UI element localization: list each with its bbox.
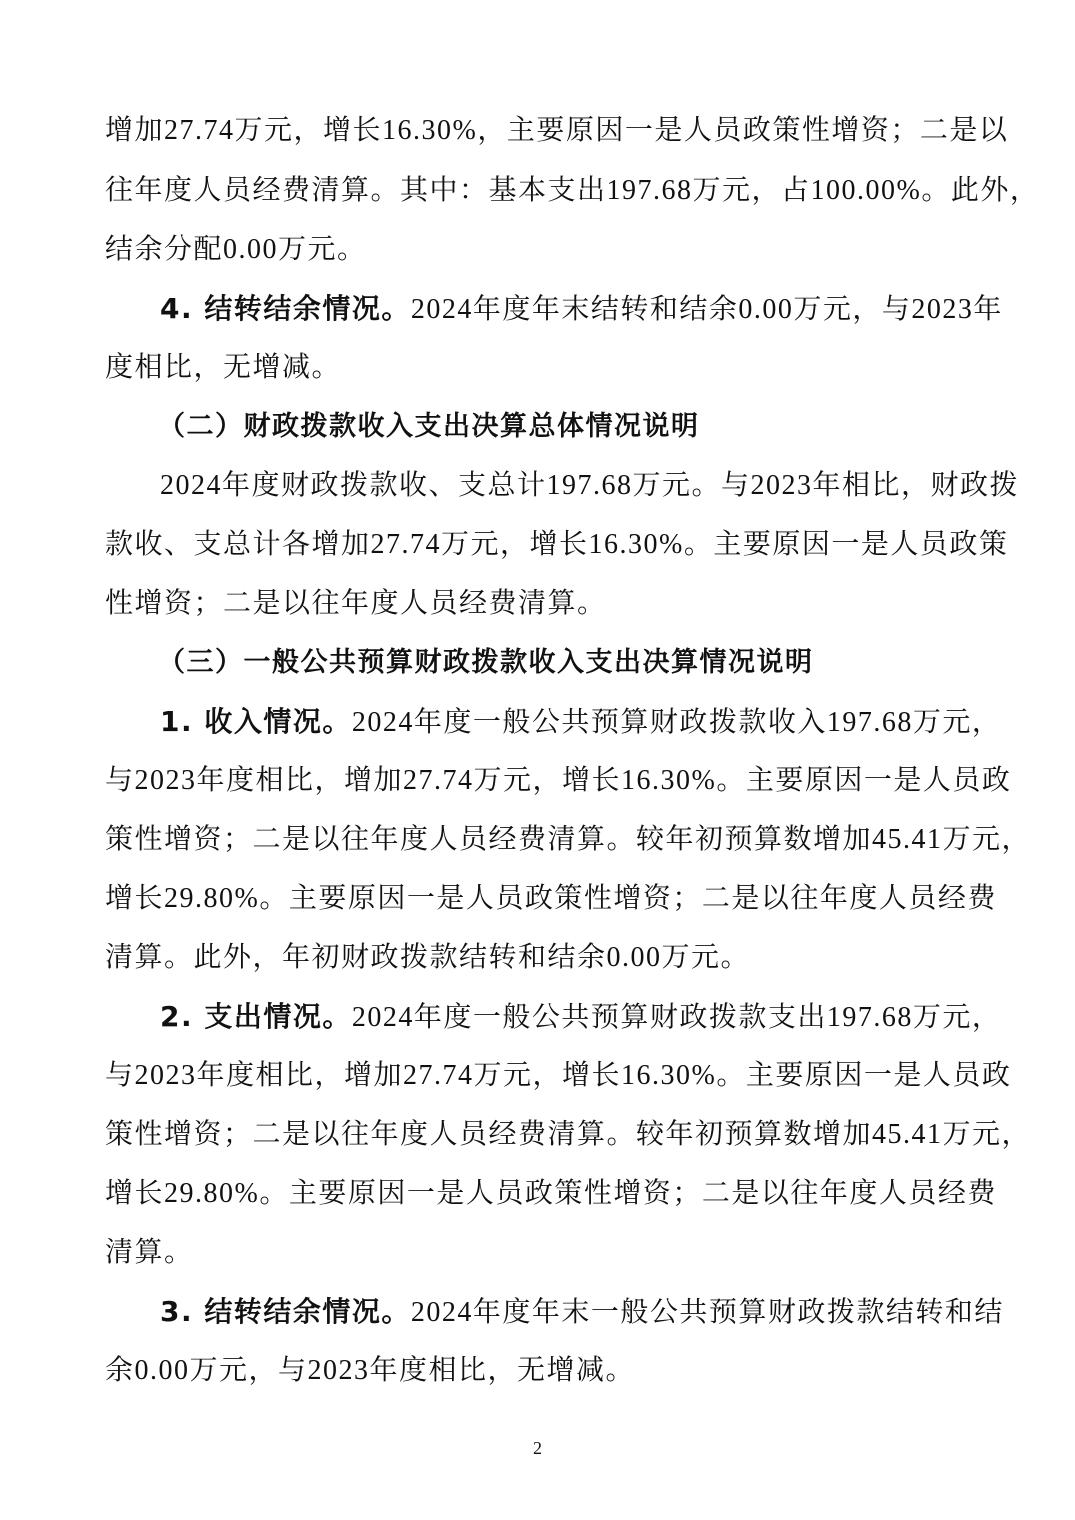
paragraph-line: 与2023年度相比，增加27.74万元，增长16.30%。主要原因一是人员政	[105, 1056, 1011, 1096]
numbered-paragraph-first-line: 1. 收入情况。2024年度一般公共预算财政拨款收入197.68万元，	[160, 702, 1001, 743]
section-heading: （二）财政拨款收入支出决算总体情况说明	[158, 407, 700, 447]
paragraph-text: 2024年度一般公共预算财政拨款支出197.68万元，	[352, 1002, 1002, 1033]
paragraph-line: 与2023年度相比，增加27.74万元，增长16.30%。主要原因一是人员政	[105, 761, 1011, 801]
paragraph-line: 往年度人员经费清算。其中：基本支出197.68万元，占100.00%。此外，	[105, 171, 1039, 211]
paragraph-line: 策性增资；二是以往年度人员经费清算。较年初预算数增加45.41万元，	[105, 1115, 1031, 1155]
paragraph-line: 清算。此外，年初财政拨款结转和结余0.00万元。	[105, 938, 750, 978]
paragraph-line: 度相比，无增减。	[105, 348, 341, 388]
paragraph-line: 增长29.80%。主要原因一是人员政策性增资；二是以往年度人员经费	[105, 1174, 997, 1214]
page-number: 2	[0, 1436, 1075, 1460]
numbered-paragraph-first-line: 4. 结转结余情况。2024年度年末结转和结余0.00万元，与2023年	[160, 289, 1003, 330]
numbered-paragraph-label: 1. 收入情况。	[160, 705, 352, 738]
paragraph-line: 策性增资；二是以往年度人员经费清算。较年初预算数增加45.41万元，	[105, 820, 1031, 860]
paragraph-line: 增长29.80%。主要原因一是人员政策性增资；二是以往年度人员经费	[105, 879, 997, 919]
paragraph-line: 清算。	[105, 1233, 194, 1273]
paragraph-line: 款收、支总计各增加27.74万元，增长16.30%。主要原因一是人员政策	[105, 525, 1008, 565]
paragraph-line: 性增资；二是以往年度人员经费清算。	[105, 584, 607, 624]
paragraph-text: 2024年度一般公共预算财政拨款收入197.68万元，	[352, 707, 1002, 738]
section-heading: （三）一般公共预算财政拨款收入支出决算情况说明	[158, 643, 814, 683]
paragraph-line: 2024年度财政拨款收、支总计197.68万元。与2023年相比，财政拨	[160, 466, 1019, 506]
paragraph-line: 增加27.74万元，增长16.30%，主要原因一是人员政策性增资；二是以	[105, 111, 1008, 151]
paragraph-line: 结余分配0.00万元。	[105, 230, 367, 270]
paragraph-text: 2024年度年末结转和结余0.00万元，与2023年	[411, 294, 1003, 325]
document-page: 增加27.74万元，增长16.30%，主要原因一是人员政策性增资；二是以 往年度…	[0, 0, 1075, 1520]
numbered-paragraph-label: 4. 结转结余情况。	[160, 292, 411, 325]
paragraph-text: 2024年度年末一般公共预算财政拨款结转和结	[411, 1297, 1004, 1328]
paragraph-line: 余0.00万元，与2023年度相比，无增减。	[105, 1351, 635, 1391]
numbered-paragraph-first-line: 3. 结转结余情况。2024年度年末一般公共预算财政拨款结转和结	[160, 1292, 1004, 1333]
numbered-paragraph-label: 3. 结转结余情况。	[160, 1295, 411, 1328]
numbered-paragraph-label: 2. 支出情况。	[160, 1000, 352, 1033]
numbered-paragraph-first-line: 2. 支出情况。2024年度一般公共预算财政拨款支出197.68万元，	[160, 997, 1001, 1038]
